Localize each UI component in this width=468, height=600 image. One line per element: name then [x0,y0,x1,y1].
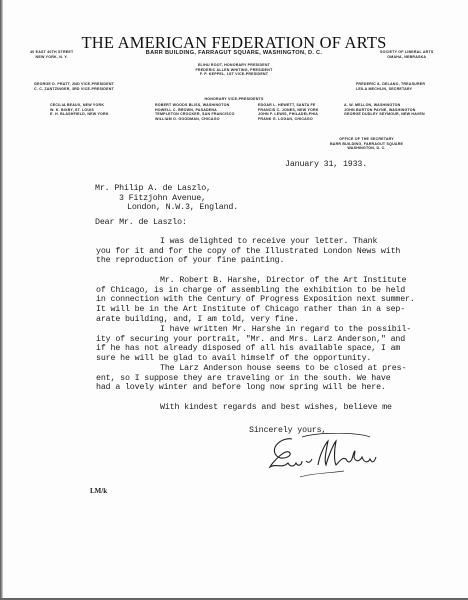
ny-office-line: NEW YORK, N. Y. [30,55,73,60]
honorary-vp-column: A. W. MELLON, WASHINGTON JOHN BARTON PAY… [344,103,425,117]
paragraph: With kindest regards and best wishes, be… [96,403,392,413]
honorary-vp-heading: HONORARY VICE-PRESIDENTS [0,97,468,102]
letter-date: January 31, 1933. [285,160,367,170]
paragraph-line: ent, so I suppose they are traveling or … [96,374,406,384]
paragraph-line: had a lovely winter and before long now … [96,383,406,393]
honorary-vp: ROBERT WOODS BLISS, WASHINGTON [155,103,235,108]
secretary-office-address: OFFICE OF THE SECRETARY BARR BUILDING, F… [330,137,403,151]
honorary-vp: CECILIA BEAUX, NEW YORK [50,103,109,108]
officer-line: F. P. KEPPEL, 1ST VICE-PRESIDENT [0,72,468,77]
ny-office-line: 40 EAST 40TH STREET [30,50,73,55]
paragraph-line: the reproduction of your fine painting. [96,256,400,266]
paragraph: Mr. Robert B. Harshe, Director of the Ar… [96,276,415,325]
page-edge-left [0,0,3,598]
recipient-line: London, N.W.3, England. [95,203,238,213]
recipient-line: 3 Fitzjohn Avenue, [95,194,238,204]
society-address: SOCIETY OF LIBERAL ARTS OMAHA, NEBRASKA [380,50,433,59]
ny-office-address: 40 EAST 40TH STREET NEW YORK, N. Y. [30,50,73,59]
treasurer-secretary: FREDERIC A. DELANO, TREASURER LEILA MECH… [356,82,425,91]
paragraph-line: sure he will be glad to avail himself of… [96,354,411,364]
paragraph-line: I have written Mr. Harshe in regard to t… [96,325,411,335]
honorary-vp: EDGAR L. HEWETT, SANTA FE [258,103,319,108]
paragraph-line: in connection with the Century of Progre… [96,295,415,305]
paragraph-line: of Chicago, is in charge of assembling t… [96,286,415,296]
recipient-address: Mr. Philip A. de Laszlo, 3 Fitzjohn Aven… [95,184,238,213]
paragraph: The Larz Anderson house seems to be clos… [96,364,406,393]
honorary-vp: GEORGE DUDLEY SEYMOUR, NEW HAVEN [344,112,425,117]
paragraph-line: you for it and for the copy of the Illus… [96,247,400,257]
typist-initials: LM/k [90,487,107,495]
paragraph-line: ity of securing your portrait, "Mr. and … [96,335,411,345]
secretary-office-line: OFFICE OF THE SECRETARY [330,137,403,142]
paragraph-line: if he has not already disposed of all hi… [96,344,411,354]
honorary-vp-column: CECILIA BEAUX, NEW YORK W. K. BIXBY, ST.… [50,103,109,117]
paragraph: I have written Mr. Harshe in regard to t… [96,325,411,364]
officer-line: GEORGE D. PRATT, 2ND VICE-PRESIDENT [34,82,114,87]
honorary-vp: FRANK G. LOGAN, CHICAGO [258,117,319,122]
officer-line: C. C. ZANTZINGER, 3RD VICE-PRESIDENT [34,87,114,92]
paragraph-line: With kindest regards and best wishes, be… [96,403,392,413]
honorary-vp-column: EDGAR L. HEWETT, SANTA FE FRANCIS C. JON… [258,103,319,122]
salutation: Dear Mr. de Laszlo: [95,218,187,228]
paragraph-line: It will be in the Art Institute of Chica… [96,305,415,315]
honorary-vp: WILLIAM O. GOODMAN, CHICAGO [155,117,235,122]
recipient-line: Mr. Philip A. de Laszlo, [95,184,238,194]
paragraph: I was delighted to receive your letter. … [96,237,400,266]
honorary-vp: E. H. BLASHFIELD, NEW YORK [50,112,109,117]
officer-line: FREDERIC A. DELANO, TREASURER [356,82,425,87]
honorary-vp-column: ROBERT WOODS BLISS, WASHINGTON HOWELL C.… [155,103,235,122]
secretary-office-line: WASHINGTON, D. C. [330,146,403,151]
vice-presidents: GEORGE D. PRATT, 2ND VICE-PRESIDENT C. C… [34,82,114,91]
officer-line: LEILA MECHLIN, SECRETARY [356,87,425,92]
paragraph-line: I was delighted to receive your letter. … [96,237,400,247]
society-line: SOCIETY OF LIBERAL ARTS [380,50,433,55]
paragraph-line: The Larz Anderson house seems to be clos… [96,364,406,374]
principal-officers: ELIHU ROOT, HONORARY PRESIDENT FREDERIC … [0,63,468,77]
letter-page: THE AMERICAN FEDERATION OF ARTS BARR BUI… [0,0,468,600]
paragraph-line: arate building, and, I am told, very fin… [96,315,415,325]
signature-icon [262,433,382,478]
paragraph-line: Mr. Robert B. Harshe, Director of the Ar… [96,276,415,286]
society-line: OMAHA, NEBRASKA [380,55,433,60]
